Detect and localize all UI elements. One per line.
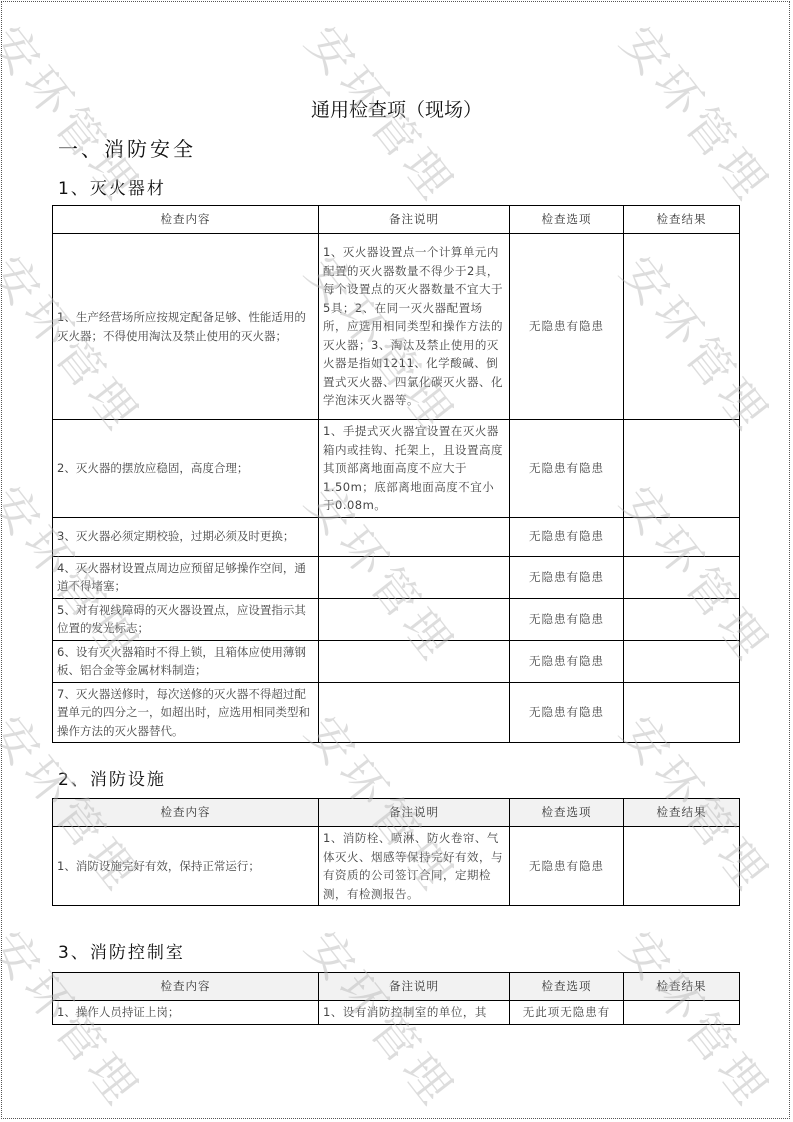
column-header-option: 检查选项 bbox=[510, 973, 624, 1001]
cell-option[interactable]: 无隐患有隐患 bbox=[510, 234, 624, 420]
cell-result[interactable] bbox=[624, 640, 740, 682]
cell-note: 1、灭火器设置点一个计算单元内配置的灭火器数量不得少于2具，每个设置点的灭火器数… bbox=[319, 234, 510, 420]
cell-result[interactable] bbox=[624, 598, 740, 640]
table-row: 6、设有灭火器箱时不得上锁，且箱体应使用薄钢板、铝合金等金属材料制造； 无隐患有… bbox=[53, 640, 740, 682]
column-header-note: 备注说明 bbox=[319, 973, 510, 1001]
cell-content: 5、对有视线障碍的灭火器设置点，应设置指示其位置的发光标志； bbox=[53, 598, 319, 640]
cell-result[interactable] bbox=[624, 517, 740, 556]
cell-content: 4、灭火器材设置点周边应预留足够操作空间，通道不得堵塞； bbox=[53, 556, 319, 598]
cell-option[interactable]: 无隐患有隐患 bbox=[510, 598, 624, 640]
cell-note bbox=[319, 682, 510, 743]
cell-note: 1、设有消防控制室的单位，其 bbox=[319, 1001, 510, 1025]
cell-option[interactable]: 无隐患有隐患 bbox=[510, 556, 624, 598]
column-header-result: 检查结果 bbox=[624, 799, 740, 827]
cell-content: 2、灭火器的摆放应稳固，高度合理； bbox=[53, 420, 319, 518]
cell-content: 3、灭火器必须定期校验，过期必须及时更换； bbox=[53, 517, 319, 556]
cell-option[interactable]: 无隐患有隐患 bbox=[510, 517, 624, 556]
cell-option[interactable]: 无隐患有隐患 bbox=[510, 420, 624, 518]
table-header-row: 检查内容 备注说明 检查选项 检查结果 bbox=[53, 799, 740, 827]
table-heading-fire-control-room: 3、消防控制室 bbox=[58, 938, 185, 963]
cell-option[interactable]: 无隐患有隐患 bbox=[510, 640, 624, 682]
cell-content: 1、消防设施完好有效，保持正常运行； bbox=[53, 827, 319, 906]
column-header-content: 检查内容 bbox=[53, 973, 319, 1001]
table-heading-fire-extinguishers: 1、灭火器材 bbox=[58, 174, 166, 199]
inspection-table-fire-control-room: 检查内容 备注说明 检查选项 检查结果 1、操作人员持证上岗； 1、设有消防控制… bbox=[52, 972, 740, 1025]
table-row: 3、灭火器必须定期校验，过期必须及时更换； 无隐患有隐患 bbox=[53, 517, 740, 556]
cell-result[interactable] bbox=[624, 420, 740, 518]
column-header-note: 备注说明 bbox=[319, 206, 510, 234]
cell-result[interactable] bbox=[624, 682, 740, 743]
column-header-option: 检查选项 bbox=[510, 206, 624, 234]
cell-option[interactable]: 无隐患有隐患 bbox=[510, 827, 624, 906]
section-heading: 一、消防安全 bbox=[58, 133, 196, 162]
table-row: 1、消防设施完好有效，保持正常运行； 1、消防栓、喷淋、防火卷帘、气体灭火、烟感… bbox=[53, 827, 740, 906]
table-row: 5、对有视线障碍的灭火器设置点，应设置指示其位置的发光标志； 无隐患有隐患 bbox=[53, 598, 740, 640]
cell-result[interactable] bbox=[624, 234, 740, 420]
column-header-result: 检查结果 bbox=[624, 973, 740, 1001]
cell-result[interactable] bbox=[624, 1001, 740, 1025]
column-header-result: 检查结果 bbox=[624, 206, 740, 234]
document-title: 通用检查项（现场） bbox=[0, 95, 793, 122]
cell-option[interactable]: 无此项无隐患有 bbox=[510, 1001, 624, 1025]
cell-note bbox=[319, 598, 510, 640]
table-heading-fire-facilities: 2、消防设施 bbox=[58, 765, 166, 790]
cell-content: 7、灭火器送修时，每次送修的灭火器不得超过配置单元的四分之一，如超出时，应选用相… bbox=[53, 682, 319, 743]
inspection-table-fire-extinguishers: 检查内容 备注说明 检查选项 检查结果 1、生产经营场所应按规定配备足够、性能适… bbox=[52, 205, 740, 743]
table-row: 2、灭火器的摆放应稳固，高度合理； 1、手提式灭火器宜设置在灭火器箱内或挂钩、托… bbox=[53, 420, 740, 518]
cell-note: 1、消防栓、喷淋、防火卷帘、气体灭火、烟感等保持完好有效，与有资质的公司签订合同… bbox=[319, 827, 510, 906]
column-header-content: 检查内容 bbox=[53, 206, 319, 234]
table-header-row: 检查内容 备注说明 检查选项 检查结果 bbox=[53, 973, 740, 1001]
cell-result[interactable] bbox=[624, 556, 740, 598]
cell-content: 1、操作人员持证上岗； bbox=[53, 1001, 319, 1025]
table-row: 1、操作人员持证上岗； 1、设有消防控制室的单位，其 无此项无隐患有 bbox=[53, 1001, 740, 1025]
table-row: 4、灭火器材设置点周边应预留足够操作空间，通道不得堵塞； 无隐患有隐患 bbox=[53, 556, 740, 598]
inspection-table-fire-facilities: 检查内容 备注说明 检查选项 检查结果 1、消防设施完好有效，保持正常运行； 1… bbox=[52, 798, 740, 906]
column-header-content: 检查内容 bbox=[53, 799, 319, 827]
cell-note bbox=[319, 517, 510, 556]
column-header-option: 检查选项 bbox=[510, 799, 624, 827]
cell-note bbox=[319, 556, 510, 598]
cell-content: 1、生产经营场所应按规定配备足够、性能适用的灭火器；不得使用淘汰及禁止使用的灭火… bbox=[53, 234, 319, 420]
cell-note bbox=[319, 640, 510, 682]
table-header-row: 检查内容 备注说明 检查选项 检查结果 bbox=[53, 206, 740, 234]
table-row: 7、灭火器送修时，每次送修的灭火器不得超过配置单元的四分之一，如超出时，应选用相… bbox=[53, 682, 740, 743]
cell-content: 6、设有灭火器箱时不得上锁，且箱体应使用薄钢板、铝合金等金属材料制造； bbox=[53, 640, 319, 682]
cell-note: 1、手提式灭火器宜设置在灭火器箱内或挂钩、托架上，且设置高度其顶部离地面高度不应… bbox=[319, 420, 510, 518]
column-header-note: 备注说明 bbox=[319, 799, 510, 827]
cell-option[interactable]: 无隐患有隐患 bbox=[510, 682, 624, 743]
table-row: 1、生产经营场所应按规定配备足够、性能适用的灭火器；不得使用淘汰及禁止使用的灭火… bbox=[53, 234, 740, 420]
cell-result[interactable] bbox=[624, 827, 740, 906]
